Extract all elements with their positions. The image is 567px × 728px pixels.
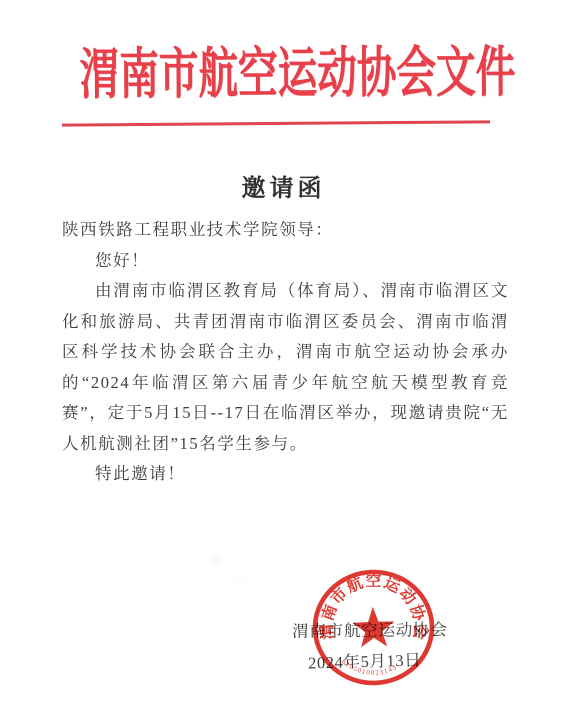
official-seal: 渭南市航空运动协会 6105010023143 — [310, 564, 437, 691]
scan-smudge — [236, 580, 244, 585]
main-paragraph: 由渭南市临渭区教育局（体育局）、渭南市临渭区文化和旅游局、共青团渭南市临渭区委员… — [62, 276, 509, 459]
greeting-line: 您好！ — [62, 246, 509, 277]
letterhead: 渭南市航空运动协会文件 — [0, 42, 567, 106]
letter-title: 邀请函 — [0, 168, 567, 203]
document-page: 渭南市航空运动协会文件 邀请函 陕西铁路工程职业技术学院领导： 您好！ 由渭南市… — [0, 0, 567, 728]
salutation-line: 陕西铁路工程职业技术学院领导： — [62, 215, 509, 246]
seal-serial-number: 6105010023143 — [340, 657, 399, 678]
letter-body: 陕西铁路工程职业技术学院领导： 您好！ 由渭南市临渭区教育局（体育局）、渭南市临… — [62, 215, 509, 490]
closing-line: 特此邀请！ — [62, 459, 509, 490]
red-star-icon — [352, 606, 396, 648]
scan-smudge — [210, 557, 222, 563]
letterhead-title: 渭南市航空运动协会文件 — [79, 43, 515, 106]
letterhead-divider-line — [62, 120, 490, 126]
